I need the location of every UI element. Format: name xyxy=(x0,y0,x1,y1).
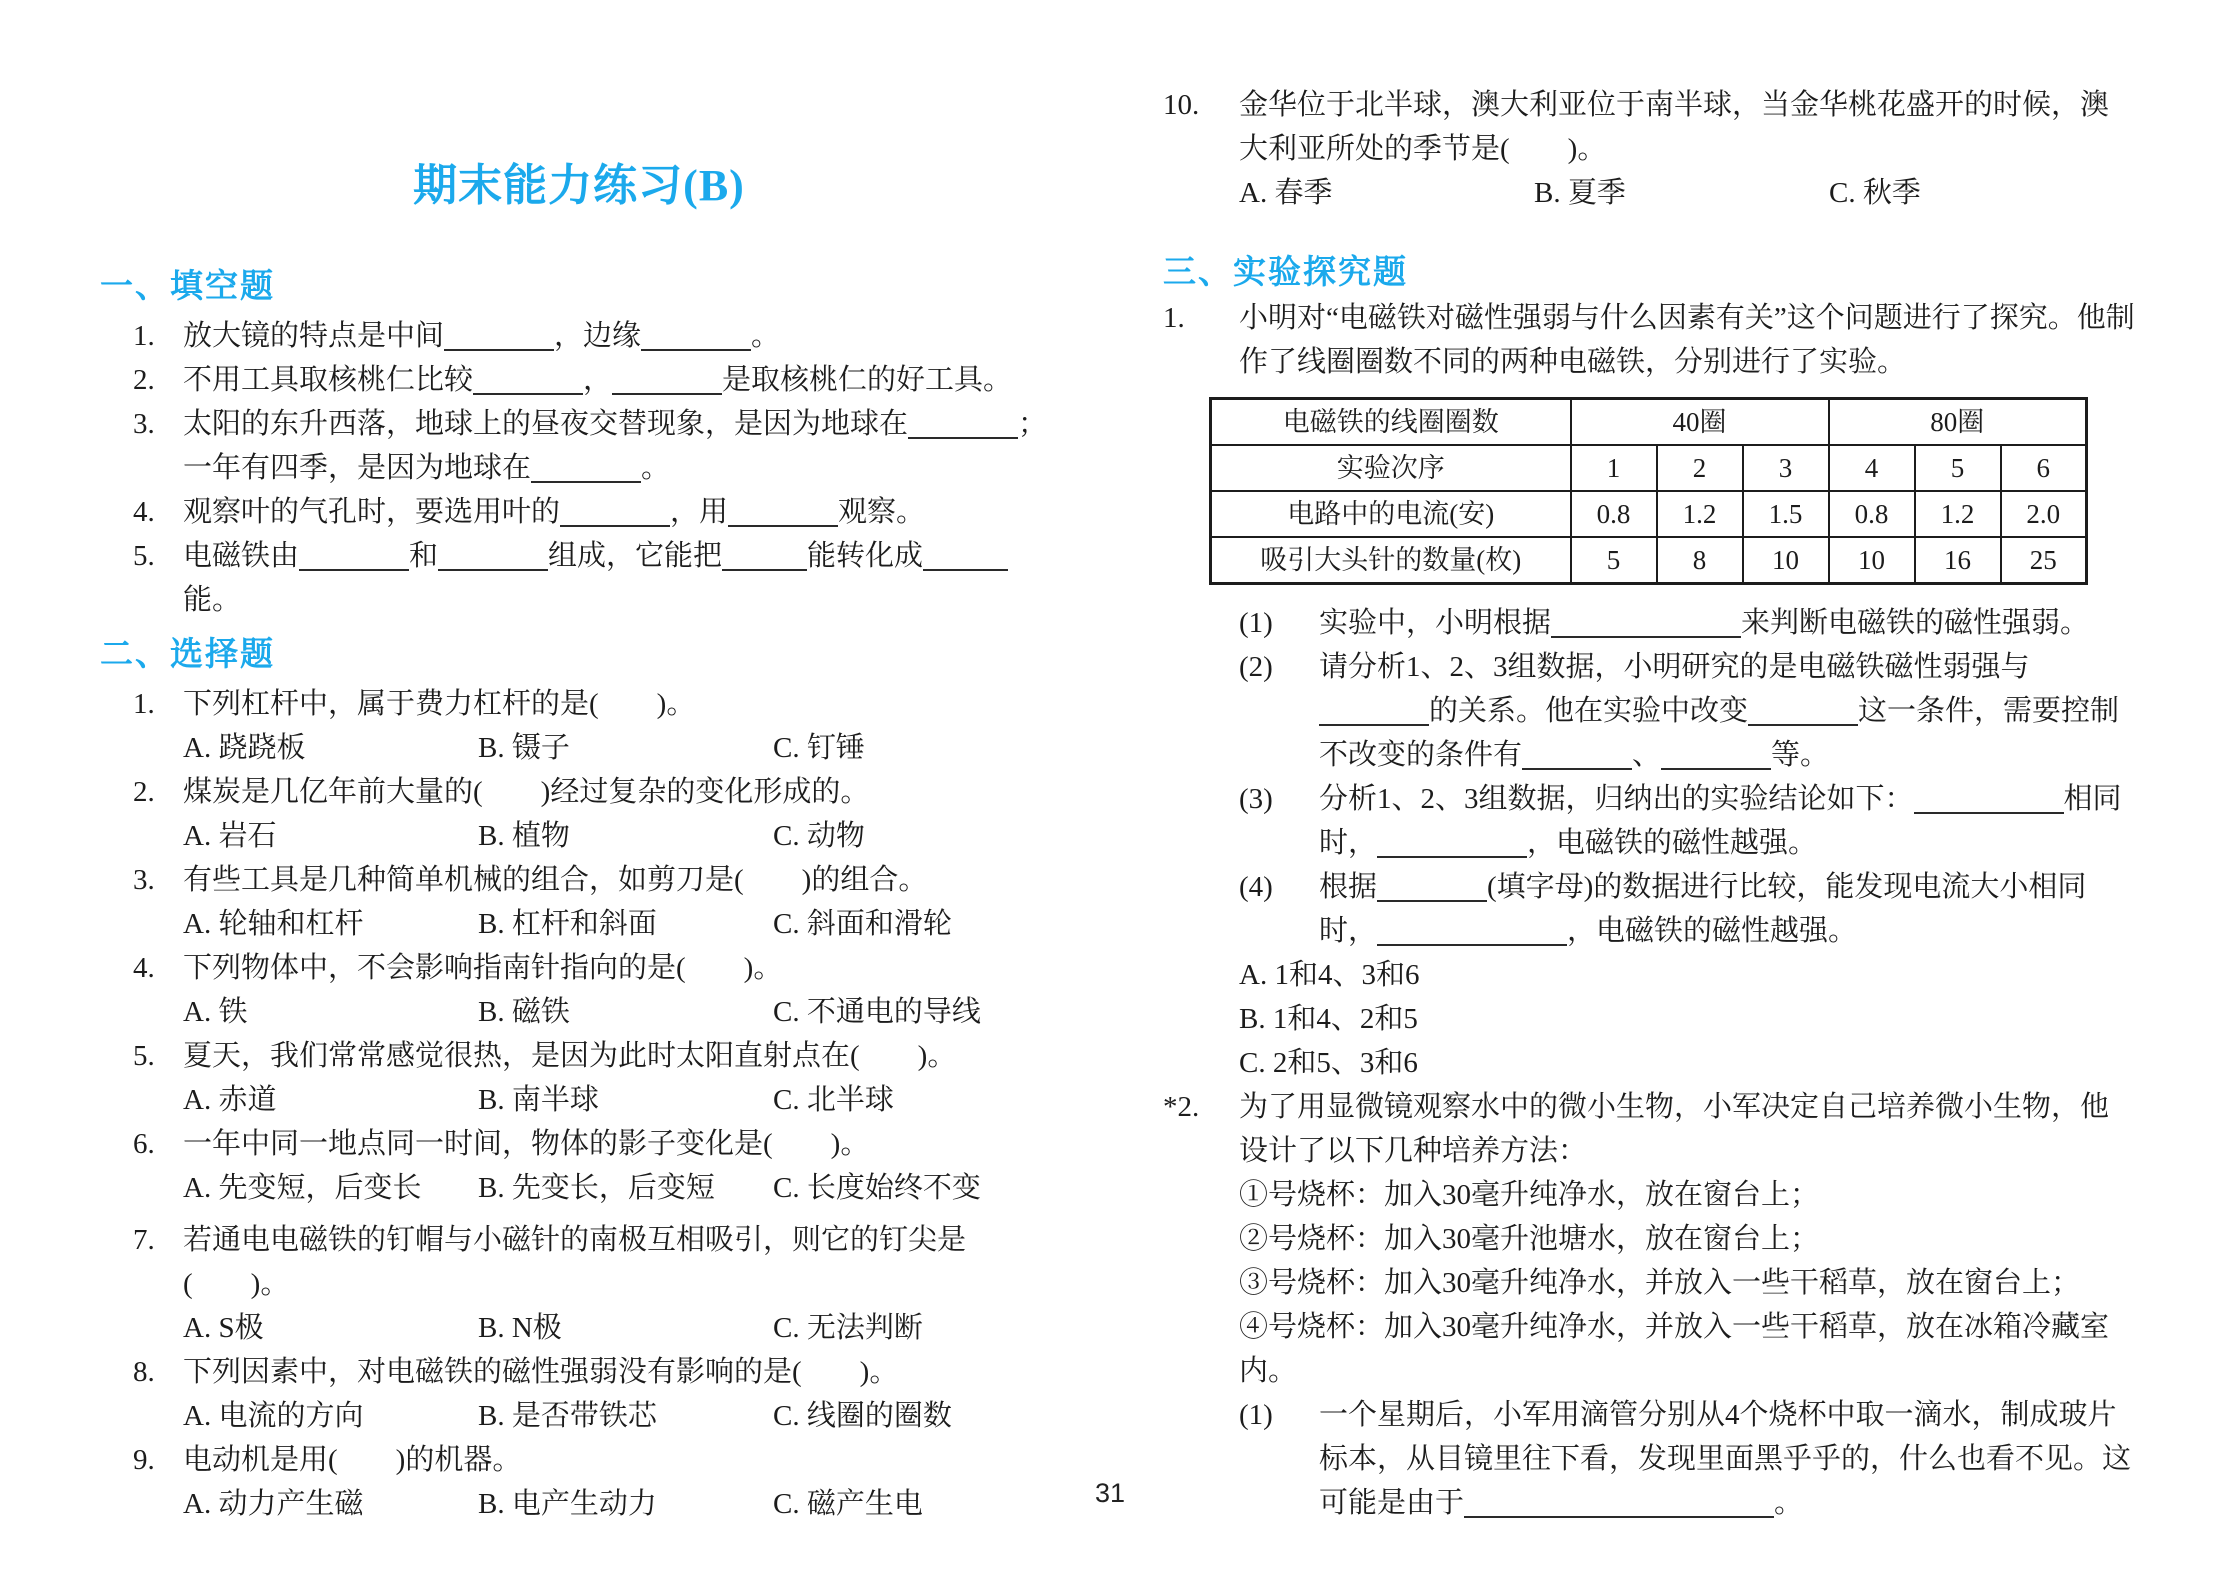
question-number: 2. xyxy=(133,358,183,402)
sub-question: (3) 分析1、2、3组数据，归纳出的实验结论如下：相同时，，电磁铁的磁性越强。 xyxy=(1239,777,2135,865)
question-text: 若通电电磁铁的钉帽与小磁针的南极互相吸引，则它的钉尖是( )。 xyxy=(183,1218,1058,1306)
option-c: C. 2和5、3和6 xyxy=(1239,1041,2135,1085)
blank-line xyxy=(1522,736,1632,770)
page-title: 期末能力练习(B) xyxy=(100,158,1058,214)
options-row: A. 赤道 B. 南半球 C. 北半球 xyxy=(183,1078,1058,1122)
blank-line xyxy=(1319,692,1429,726)
blank-line xyxy=(438,537,548,571)
sub-question: (2) 请分析1、2、3组数据，小明研究的是电磁铁磁性弱强与的关系。他在实验中改… xyxy=(1239,645,2135,777)
table-row: 电路中的电流(安) 0.8 1.2 1.5 0.8 1.2 2.0 xyxy=(1211,491,2087,537)
blank-line xyxy=(1661,736,1771,770)
cell: 2 xyxy=(1657,445,1743,491)
option-b: B. 1和4、2和5 xyxy=(1239,997,2135,1041)
question-number: 7. xyxy=(133,1218,183,1262)
question-number: 8. xyxy=(133,1350,183,1394)
question-item: 8. 下列因素中，对电磁铁的磁性强弱没有影响的是( )。 xyxy=(100,1350,1058,1394)
section-heading-experiment: 三、实验探究题 xyxy=(1163,252,2135,292)
option-b: B. 先变长，后变短 xyxy=(478,1166,773,1210)
question-number: 4. xyxy=(133,490,183,534)
question-item: 5. 夏天，我们常常感觉很热，是因为此时太阳直射点在( )。 xyxy=(100,1034,1058,1078)
option-a: A. S极 xyxy=(183,1306,478,1350)
text-run: 电磁铁由 xyxy=(183,540,299,572)
text-run: 一年中同一地点同一时间，物体的影子变化是( )。 xyxy=(183,1128,869,1160)
cell: 25 xyxy=(2001,537,2087,584)
options-row: A. 轮轴和杠杆 B. 杠杆和斜面 C. 斜面和滑轮 xyxy=(183,902,1058,946)
text-run: ，用 xyxy=(670,496,728,528)
option-a: A. 电流的方向 xyxy=(183,1394,478,1438)
text-run: 是取核桃仁的好工具。 xyxy=(722,364,1012,396)
experiment-subquestions: (1) 实验中，小明根据来判断电磁铁的磁性强弱。 (2) 请分析1、2、3组数据… xyxy=(1163,601,2135,1085)
option-a: A. 跷跷板 xyxy=(183,726,478,770)
option-b: B. 南半球 xyxy=(478,1078,773,1122)
option-c: C. 斜面和滑轮 xyxy=(773,902,1058,946)
cell: 6 xyxy=(2001,445,2087,491)
cell: 2.0 xyxy=(2001,491,2087,537)
table-group-40: 40圈 xyxy=(1571,399,1829,446)
text-run: 。 xyxy=(751,320,780,352)
sub-question: (1) 实验中，小明根据来判断电磁铁的磁性强弱。 xyxy=(1239,601,2135,645)
question-number: *2. xyxy=(1163,1085,1239,1129)
options-row: A. 跷跷板 B. 镊子 C. 钉锤 xyxy=(183,726,1058,770)
option-a: A. 春季 xyxy=(1239,171,1534,215)
question-item: *2. 为了用显微镜观察水中的微小生物，小军决定自己培养微小生物，他设计了以下几… xyxy=(1163,1085,2135,1173)
text-run: 实验中，小明根据 xyxy=(1319,607,1551,639)
blank-line xyxy=(531,449,641,483)
options-row: A. S极 B. N极 C. 无法判断 xyxy=(183,1306,1058,1350)
blank-line xyxy=(722,537,807,571)
text-run: 、 xyxy=(1632,739,1661,771)
options-row: A. 铁 B. 磁铁 C. 不通电的导线 xyxy=(183,990,1058,1034)
options-row: A. 电流的方向 B. 是否带铁芯 C. 线圈的圈数 xyxy=(183,1394,1058,1438)
text-run: 组成，它能把 xyxy=(548,540,722,572)
question-number: 3. xyxy=(133,858,183,902)
method-line-1: ①号烧杯：加入30毫升纯净水，放在窗台上； xyxy=(1239,1173,2135,1217)
blank-line xyxy=(1914,780,2064,814)
text-run: 观察叶的气孔时，要选用叶的 xyxy=(183,496,560,528)
question-text: 有些工具是几种简单机械的组合，如剪刀是( )的组合。 xyxy=(183,858,1058,902)
text-run: 下列因素中，对电磁铁的磁性强弱没有影响的是( )。 xyxy=(183,1356,898,1388)
blank-line xyxy=(1377,824,1527,858)
experiment-data-table: 电磁铁的线圈圈数 40圈 80圈 实验次序 1 2 3 4 5 6 电路中的电流… xyxy=(1209,397,2088,585)
question-text: 观察叶的气孔时，要选用叶的，用观察。 xyxy=(183,490,1058,534)
text-run: ，电磁铁的磁性越强。 xyxy=(1567,915,1857,947)
fill-blank-questions: 1. 放大镜的特点是中间，边缘。 2. 不用工具取核桃仁比较，是取核桃仁的好工具… xyxy=(100,314,1058,622)
question-text: 下列物体中，不会影响指南针指向的是( )。 xyxy=(183,946,1058,990)
option-b: B. 是否带铁芯 xyxy=(478,1394,773,1438)
text-run: 请分析1、2、3组数据，小明研究的是电磁铁磁性弱强与 xyxy=(1319,651,2030,683)
cell: 5 xyxy=(1571,537,1657,584)
options-row: A. 岩石 B. 植物 C. 动物 xyxy=(183,814,1058,858)
sub-question-number: (4) xyxy=(1239,865,1319,909)
text-run: 观察。 xyxy=(838,496,925,528)
sub-question-text: 实验中，小明根据来判断电磁铁的磁性强弱。 xyxy=(1319,601,2135,645)
text-run: 等。 xyxy=(1771,739,1829,771)
option-c: C. 不通电的导线 xyxy=(773,990,1058,1034)
table-row: 实验次序 1 2 3 4 5 6 xyxy=(1211,445,2087,491)
text-run: 来判断电磁铁的磁性强弱。 xyxy=(1741,607,2089,639)
blank-line xyxy=(299,537,409,571)
question-text: 小明对“电磁铁对磁性强弱与什么因素有关”这个问题进行了探究。他制作了线圈圈数不同… xyxy=(1239,296,2135,384)
option-c: C. 北半球 xyxy=(773,1078,1058,1122)
sub-question-number: (3) xyxy=(1239,777,1319,821)
blank-line xyxy=(1748,692,1858,726)
question-text: 金华位于北半球，澳大利亚位于南半球，当金华桃花盛开的时候，澳大利亚所处的季节是(… xyxy=(1239,83,2135,171)
option-c: C. 无法判断 xyxy=(773,1306,1058,1350)
cell: 1.2 xyxy=(1915,491,2001,537)
sub-question-number: (2) xyxy=(1239,645,1319,689)
question-text: 放大镜的特点是中间，边缘。 xyxy=(183,314,1058,358)
text-run: 电动机是用( )的机器。 xyxy=(183,1444,521,1476)
blank-line xyxy=(560,493,670,527)
question-text: 夏天，我们常常感觉很热，是因为此时太阳直射点在( )。 xyxy=(183,1034,1058,1078)
text-run: 下列杠杆中，属于费力杠杆的是( )。 xyxy=(183,688,695,720)
text-run: 放大镜的特点是中间 xyxy=(183,320,444,352)
cell: 10 xyxy=(1743,537,1829,584)
sub-question-text: 请分析1、2、3组数据，小明研究的是电磁铁磁性弱强与的关系。他在实验中改变这一条… xyxy=(1319,645,2135,777)
question-text: 太阳的东升西落，地球上的昼夜交替现象，是因为地球在；一年有四季，是因为地球在。 xyxy=(183,402,1058,490)
cell: 3 xyxy=(1743,445,1829,491)
question-text: 电磁铁由和组成，它能把能转化成能。 xyxy=(183,534,1058,622)
sub-question-text: 分析1、2、3组数据，归纳出的实验结论如下：相同时，，电磁铁的磁性越强。 xyxy=(1319,777,2135,865)
text-run: 能转化成 xyxy=(807,540,923,572)
question-item: 6. 一年中同一地点同一时间，物体的影子变化是( )。 xyxy=(100,1122,1058,1166)
question-number: 6. xyxy=(133,1122,183,1166)
blank-line xyxy=(641,317,751,351)
text-run: ，电磁铁的磁性越强。 xyxy=(1527,827,1817,859)
blank-line xyxy=(908,405,1018,439)
question-item: 1. 放大镜的特点是中间，边缘。 xyxy=(100,314,1058,358)
option-b: B. 夏季 xyxy=(1534,171,1829,215)
cell: 16 xyxy=(1915,537,2001,584)
sub-question: (4) 根据(填字母)的数据进行比较，能发现电流大小相同时，，电磁铁的磁性越强。 xyxy=(1239,865,2135,953)
option-c: C. 动物 xyxy=(773,814,1058,858)
question-item: 5. 电磁铁由和组成，它能把能转化成能。 xyxy=(100,534,1058,622)
question-item: 10. 金华位于北半球，澳大利亚位于南半球，当金华桃花盛开的时候，澳大利亚所处的… xyxy=(1163,83,2135,171)
option-c: C. 钉锤 xyxy=(773,726,1058,770)
cell: 0.8 xyxy=(1829,491,1915,537)
question-number: 2. xyxy=(133,770,183,814)
question-number: 10. xyxy=(1163,83,1239,127)
question-text: 一年中同一地点同一时间，物体的影子变化是( )。 xyxy=(183,1122,1058,1166)
section-heading-fill-blanks: 一、填空题 xyxy=(100,266,1058,306)
text-run: 金华位于北半球，澳大利亚位于南半球，当金华桃花盛开的时候，澳大利亚所处的季节是(… xyxy=(1239,89,2109,165)
text-run: ， xyxy=(583,364,612,396)
question-number: 5. xyxy=(133,534,183,578)
row-label: 电路中的电流(安) xyxy=(1211,491,1571,537)
sub-question-number: (1) xyxy=(1239,1393,1319,1437)
option-a: A. 先变短，后变长 xyxy=(183,1166,478,1210)
cell: 1.2 xyxy=(1657,491,1743,537)
table-row: 吸引大头针的数量(枚) 5 8 10 10 16 25 xyxy=(1211,537,2087,584)
cell: 10 xyxy=(1829,537,1915,584)
blank-line xyxy=(1377,868,1487,902)
text-run: ，边缘 xyxy=(554,320,641,352)
sub-question-text: 根据(填字母)的数据进行比较，能发现电流大小相同时，，电磁铁的磁性越强。 xyxy=(1319,865,2135,953)
multiple-choice-questions: 1. 下列杠杆中，属于费力杠杆的是( )。 A. 跷跷板 B. 镊子 C. 钉锤… xyxy=(100,682,1058,1526)
row-label: 吸引大头针的数量(枚) xyxy=(1211,537,1571,584)
left-column: 期末能力练习(B) 一、填空题 1. 放大镜的特点是中间，边缘。 2. 不用工具… xyxy=(100,158,1058,1526)
question-item: 2. 不用工具取核桃仁比较，是取核桃仁的好工具。 xyxy=(100,358,1058,402)
text-run: 下列物体中，不会影响指南针指向的是( )。 xyxy=(183,952,782,984)
question-item: 1. 小明对“电磁铁对磁性强弱与什么因素有关”这个问题进行了探究。他制作了线圈圈… xyxy=(1163,296,2135,384)
option-c: C. 线圈的圈数 xyxy=(773,1394,1058,1438)
question-text: 煤炭是几亿年前大量的( )经过复杂的变化形成的。 xyxy=(183,770,1058,814)
blank-line xyxy=(923,537,1008,571)
question-number: 1. xyxy=(1163,296,1239,340)
option-b: B. 植物 xyxy=(478,814,773,858)
cell: 4 xyxy=(1829,445,1915,491)
option-a: A. 赤道 xyxy=(183,1078,478,1122)
method-line-2: ②号烧杯：加入30毫升池塘水，放在窗台上； xyxy=(1239,1217,2135,1261)
question-item: 3. 有些工具是几种简单机械的组合，如剪刀是( )的组合。 xyxy=(100,858,1058,902)
blank-line xyxy=(473,361,583,395)
cell: 8 xyxy=(1657,537,1743,584)
question-number: 5. xyxy=(133,1034,183,1078)
question-item: 3. 太阳的东升西落，地球上的昼夜交替现象，是因为地球在；一年有四季，是因为地球… xyxy=(100,402,1058,490)
option-b: B. 镊子 xyxy=(478,726,773,770)
question-number: 1. xyxy=(133,314,183,358)
text-run: 太阳的东升西落，地球上的昼夜交替现象，是因为地球在 xyxy=(183,408,908,440)
row-label: 实验次序 xyxy=(1211,445,1571,491)
option-a: A. 轮轴和杠杆 xyxy=(183,902,478,946)
text-run: 。 xyxy=(641,452,670,484)
text-run: 夏天，我们常常感觉很热，是因为此时太阳直射点在( )。 xyxy=(183,1040,956,1072)
option-a: A. 岩石 xyxy=(183,814,478,858)
blank-line xyxy=(728,493,838,527)
section-heading-multiple-choice: 二、选择题 xyxy=(100,634,1058,674)
cell: 1 xyxy=(1571,445,1657,491)
method-line-4: ④号烧杯：加入30毫升纯净水，并放入一些干稻草，放在冰箱冷藏室内。 xyxy=(1239,1305,2135,1393)
worksheet-page: 期末能力练习(B) 一、填空题 1. 放大镜的特点是中间，边缘。 2. 不用工具… xyxy=(0,0,2220,1571)
text-run: 若通电电磁铁的钉帽与小磁针的南极互相吸引，则它的钉尖是( )。 xyxy=(183,1224,966,1300)
text-run: 煤炭是几亿年前大量的( )经过复杂的变化形成的。 xyxy=(183,776,869,808)
question-number: 9. xyxy=(133,1438,183,1482)
question-text: 下列杠杆中，属于费力杠杆的是( )。 xyxy=(183,682,1058,726)
blank-line xyxy=(1551,604,1741,638)
question-item: 2. 煤炭是几亿年前大量的( )经过复杂的变化形成的。 xyxy=(100,770,1058,814)
option-c: C. 秋季 xyxy=(1829,171,2135,215)
table-group-80: 80圈 xyxy=(1829,399,2087,446)
cell: 1.5 xyxy=(1743,491,1829,537)
cell: 0.8 xyxy=(1571,491,1657,537)
cell: 5 xyxy=(1915,445,2001,491)
options-row: A. 春季 B. 夏季 C. 秋季 xyxy=(1239,171,2135,215)
text-run: 为了用显微镜观察水中的微小生物，小军决定自己培养微小生物，他设计了以下几种培养方… xyxy=(1239,1091,2109,1167)
method-line-3: ③号烧杯：加入30毫升纯净水，并放入一些干稻草，放在窗台上； xyxy=(1239,1261,2135,1305)
blank-line xyxy=(444,317,554,351)
option-b: B. 磁铁 xyxy=(478,990,773,1034)
sub-question-number: (1) xyxy=(1239,601,1319,645)
option-c: C. 长度始终不变 xyxy=(773,1166,1058,1210)
blank-line xyxy=(1377,912,1567,946)
blank-line xyxy=(612,361,722,395)
question-item: 4. 下列物体中，不会影响指南针指向的是( )。 xyxy=(100,946,1058,990)
text-run: 和 xyxy=(409,540,438,572)
option-a: A. 铁 xyxy=(183,990,478,1034)
option-b: B. N极 xyxy=(478,1306,773,1350)
question-item: 9. 电动机是用( )的机器。 xyxy=(100,1438,1058,1482)
table-corner-label: 电磁铁的线圈圈数 xyxy=(1211,399,1571,446)
text-run: 有些工具是几种简单机械的组合，如剪刀是( )的组合。 xyxy=(183,864,927,896)
question-item: 4. 观察叶的气孔时，要选用叶的，用观察。 xyxy=(100,490,1058,534)
question-text: 为了用显微镜观察水中的微小生物，小军决定自己培养微小生物，他设计了以下几种培养方… xyxy=(1239,1085,2135,1173)
text-run: 分析1、2、3组数据，归纳出的实验结论如下： xyxy=(1319,783,1914,815)
question-number: 1. xyxy=(133,682,183,726)
question-item: 1. 下列杠杆中，属于费力杠杆的是( )。 xyxy=(100,682,1058,726)
option-a: A. 1和4、3和6 xyxy=(1239,953,2135,997)
text-run: 根据 xyxy=(1319,871,1377,903)
question-text: 下列因素中，对电磁铁的磁性强弱没有影响的是( )。 xyxy=(183,1350,1058,1394)
text-run: 的关系。他在实验中改变 xyxy=(1429,695,1748,727)
question-number: 3. xyxy=(133,402,183,446)
table-row: 电磁铁的线圈圈数 40圈 80圈 xyxy=(1211,399,2087,446)
question-text: 不用工具取核桃仁比较，是取核桃仁的好工具。 xyxy=(183,358,1058,402)
text-run: 小明对“电磁铁对磁性强弱与什么因素有关”这个问题进行了探究。他制作了线圈圈数不同… xyxy=(1239,302,2135,378)
page-number: 31 xyxy=(0,1478,2220,1509)
text-run: 不用工具取核桃仁比较 xyxy=(183,364,473,396)
question-text: 电动机是用( )的机器。 xyxy=(183,1438,1058,1482)
text-run: 能。 xyxy=(183,584,241,616)
question-item: 7. 若通电电磁铁的钉帽与小磁针的南极互相吸引，则它的钉尖是( )。 xyxy=(100,1218,1058,1306)
right-column: 10. 金华位于北半球，澳大利亚位于南半球，当金华桃花盛开的时候，澳大利亚所处的… xyxy=(1163,83,2135,1525)
option-b: B. 杠杆和斜面 xyxy=(478,902,773,946)
options-row: A. 先变短，后变长 B. 先变长，后变短 C. 长度始终不变 xyxy=(183,1166,1058,1210)
question-number: 4. xyxy=(133,946,183,990)
